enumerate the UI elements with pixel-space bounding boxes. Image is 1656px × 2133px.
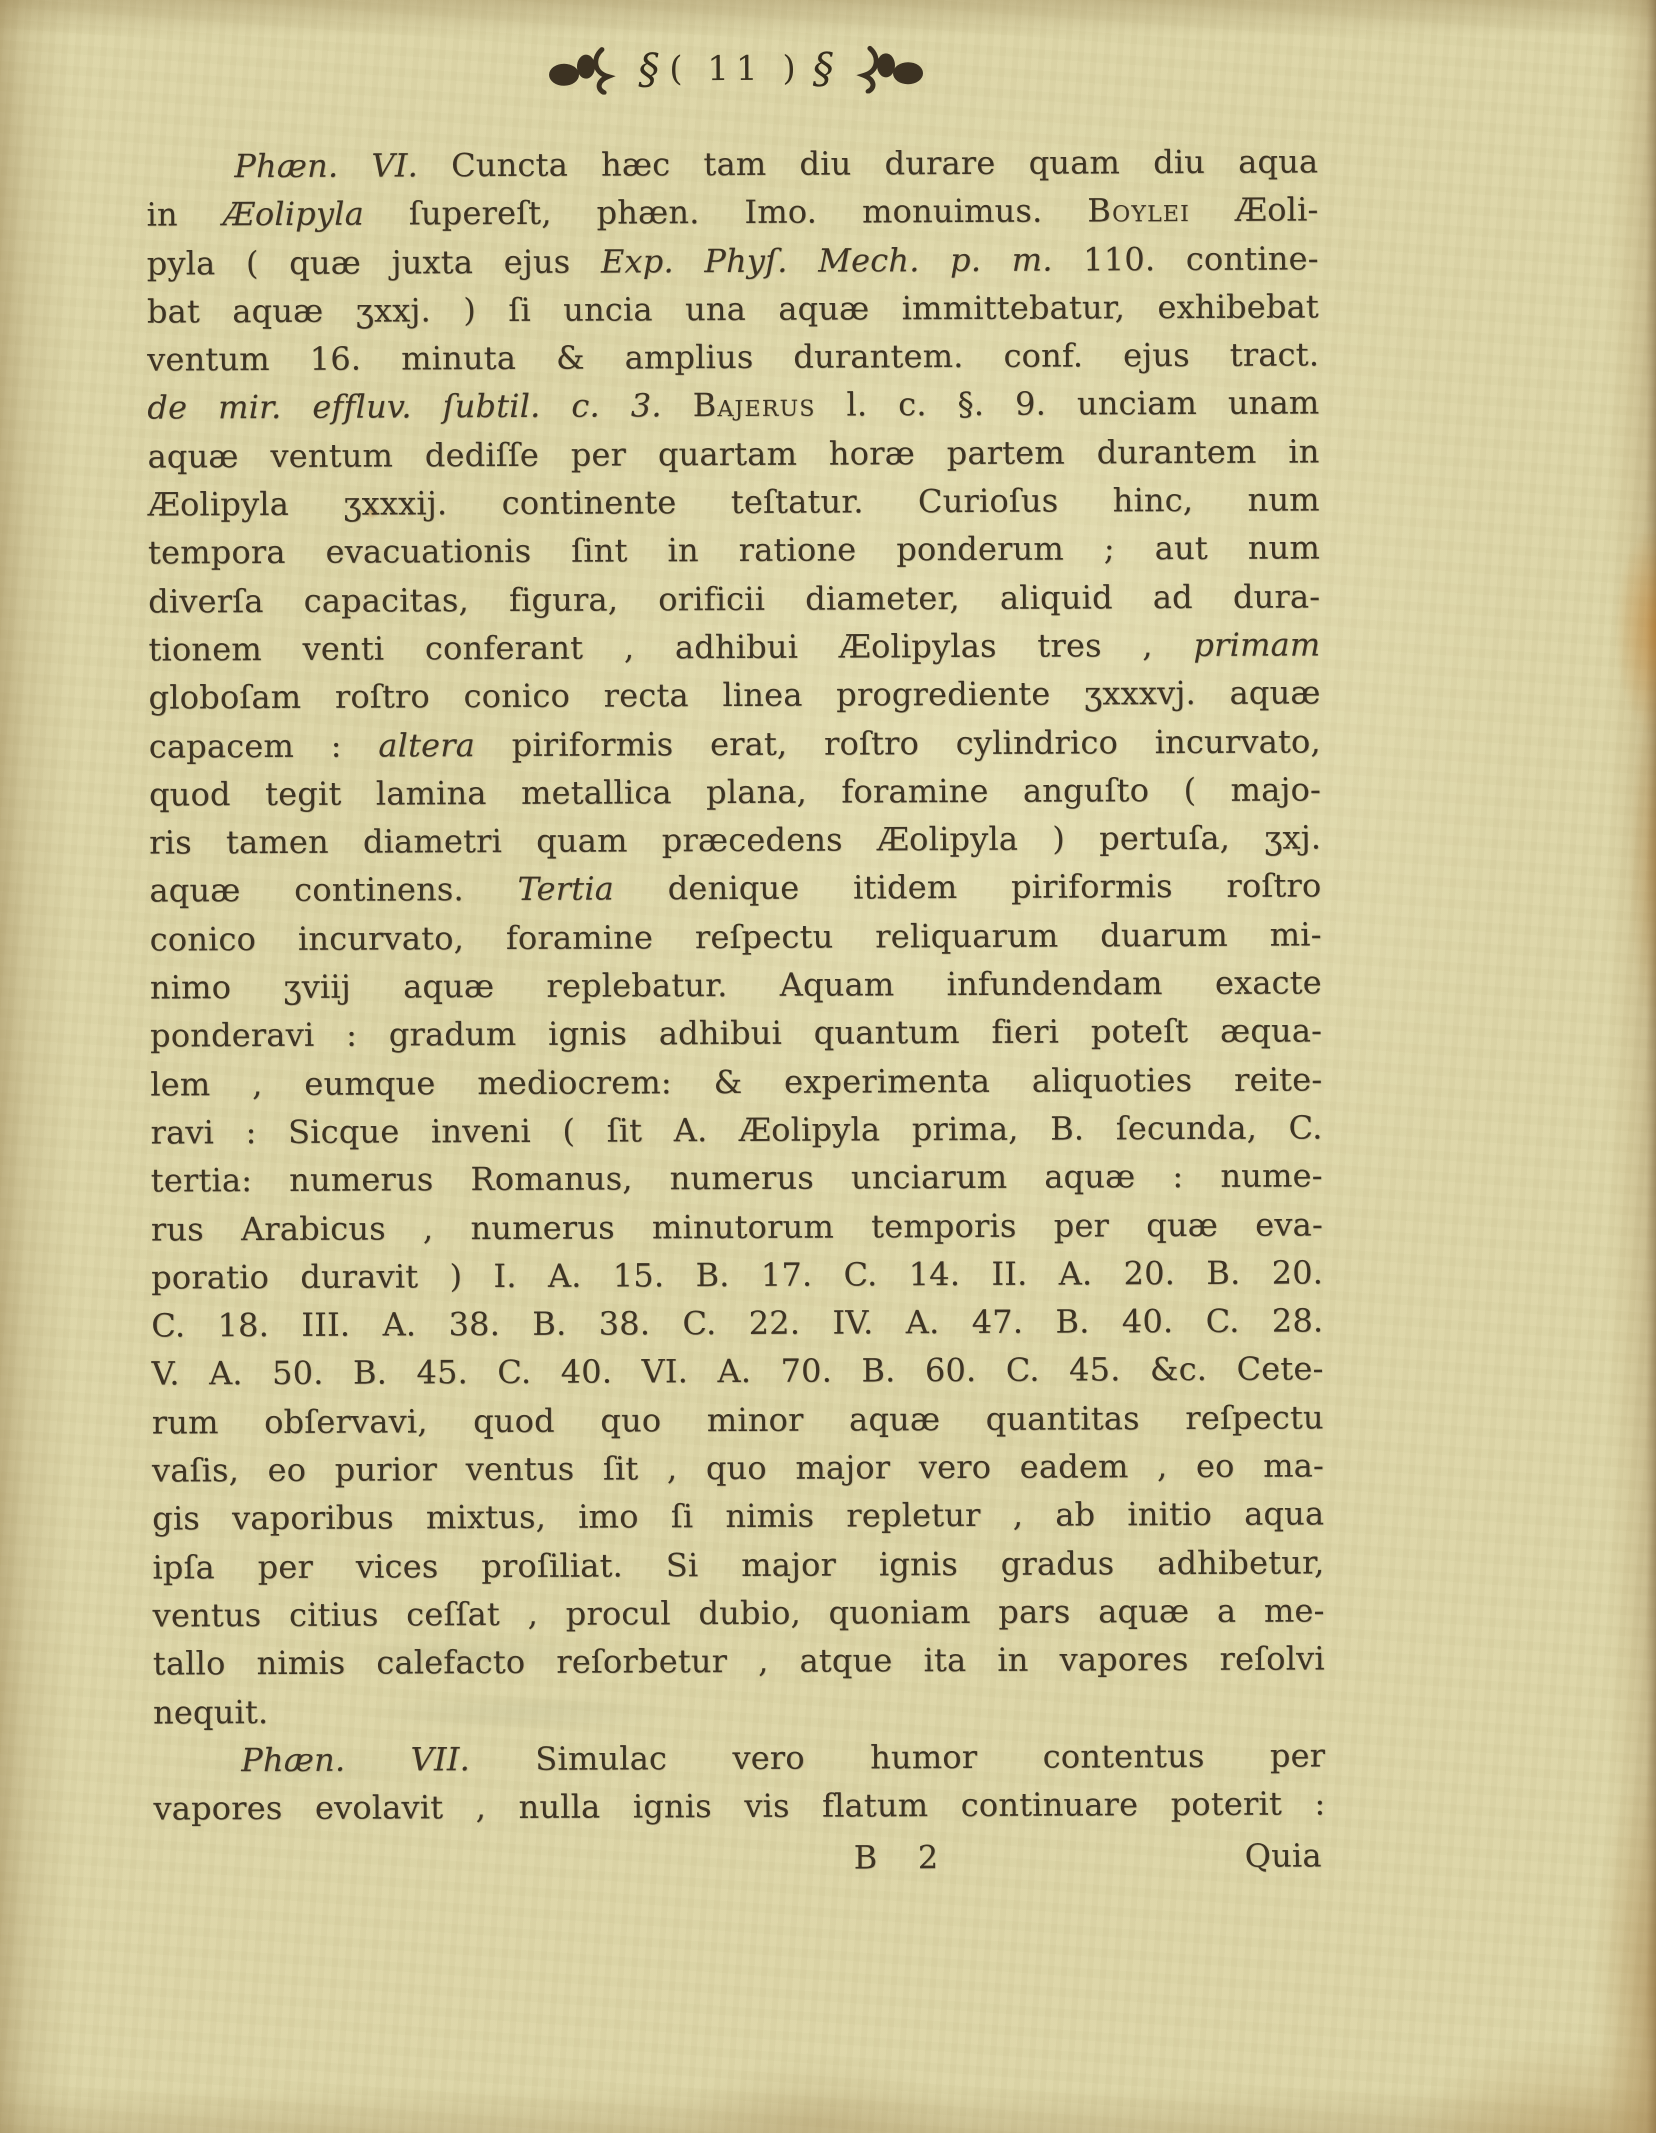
text-line: gis vaporibus mixtus, imo ſi nimis reple… bbox=[152, 1490, 1324, 1543]
text-line: ventus citius ceſſat , procul dubio, quo… bbox=[153, 1586, 1325, 1639]
text-line: tionem venti conferant , adhibui Æolipyl… bbox=[148, 620, 1320, 673]
text-line: tertia: numerus Romanus, numerus unciaru… bbox=[151, 1152, 1323, 1205]
fleuron-left-icon bbox=[548, 44, 632, 94]
text-line: rus Arabicus , numerus minutorum tempori… bbox=[151, 1200, 1323, 1253]
text-line: de mir. effluv. ſubtil. c. 3. Bajerus l.… bbox=[147, 379, 1319, 432]
text-line: aquæ continens. Tertia denique itidem pi… bbox=[149, 862, 1321, 915]
text-line: V. A. 50. B. 45. C. 40. VI. A. 70. B. 60… bbox=[151, 1345, 1323, 1398]
text-line: tallo nimis calefacto reſorbetur , atque… bbox=[153, 1635, 1325, 1688]
text-line: ipſa per vices proſiliat. Si major ignis… bbox=[152, 1538, 1324, 1591]
text-line: Æolipyla ʒxxxij. continente teſtatur. Cu… bbox=[148, 476, 1320, 529]
text-line: nequit. bbox=[153, 1683, 1325, 1736]
text-line: globoſam roſtro conico recta linea progr… bbox=[149, 669, 1321, 722]
text-line: rum obſervavi, quod quo minor aquæ quant… bbox=[152, 1393, 1324, 1446]
text-line: ris tamen diametri quam præcedens Æolipy… bbox=[149, 814, 1321, 867]
text-line: diverſa capacitas, figura, orificii diam… bbox=[148, 572, 1320, 625]
page-number: ( 11 ) bbox=[669, 52, 803, 87]
text-block: Phæn. VI. Cuncta hæc tam diu durare quam… bbox=[146, 137, 1326, 1884]
text-line: ravi : Sicque inveni ( ſit A. Æolipyla p… bbox=[150, 1103, 1322, 1156]
text-line: bat aquæ ʒxxj. ) ſi uncia una aquæ immit… bbox=[147, 282, 1319, 335]
section-curl-left: § bbox=[638, 48, 659, 90]
fleuron-right-icon bbox=[840, 43, 924, 93]
text-line: aquæ ventum dediſſe per quartam horæ par… bbox=[147, 427, 1319, 480]
text-line: nimo ʒviij aquæ replebatur. Aquam infund… bbox=[150, 958, 1322, 1011]
text-line: pyla ( quæ juxta ejus Exp. Phyſ. Mech. p… bbox=[147, 234, 1319, 287]
catchword: Quia bbox=[1245, 1832, 1322, 1881]
signature-mark: B 2 bbox=[854, 1834, 939, 1883]
text-line: ventum 16. minuta & amplius durantem. co… bbox=[147, 331, 1319, 384]
text-line: capacem : altera piriformis erat, roſtro… bbox=[149, 717, 1321, 770]
text-line: ponderavi : gradum ignis adhibui quantum… bbox=[150, 1007, 1322, 1060]
text-line: vapores evolavit , nulla ignis vis flatu… bbox=[153, 1780, 1325, 1833]
text-line: conico incurvato, foramine reſpectu reli… bbox=[150, 910, 1322, 963]
text-line: Phæn. VII. Simulac vero humor contentus … bbox=[153, 1731, 1325, 1784]
text-line: lem , eumque mediocrem: & experimenta al… bbox=[150, 1055, 1322, 1108]
page-footer: B 2 Quia bbox=[154, 1832, 1326, 1885]
section-curl-right: § bbox=[813, 48, 834, 90]
text-line: tempora evacuationis ſint in ratione pon… bbox=[148, 524, 1320, 577]
text-line: Phæn. VI. Cuncta hæc tam diu durare quam… bbox=[146, 137, 1318, 190]
text-line: in Æolipyla ſupereſt, phæn. Imo. monuimu… bbox=[146, 186, 1318, 239]
page-header: § ( 11 ) § bbox=[150, 41, 1322, 96]
text-line: poratio duravit ) I. A. 15. B. 17. C. 14… bbox=[151, 1248, 1323, 1301]
text-line: C. 18. III. A. 38. B. 38. C. 22. IV. A. … bbox=[151, 1297, 1323, 1350]
book-page: § ( 11 ) § Phæn. VI. Cuncta hæc tam diu … bbox=[0, 0, 1656, 2133]
text-line: quod tegit lamina metallica plana, foram… bbox=[149, 765, 1321, 818]
text-line: vaſis, eo purior ventus ſit , quo major … bbox=[152, 1441, 1324, 1494]
